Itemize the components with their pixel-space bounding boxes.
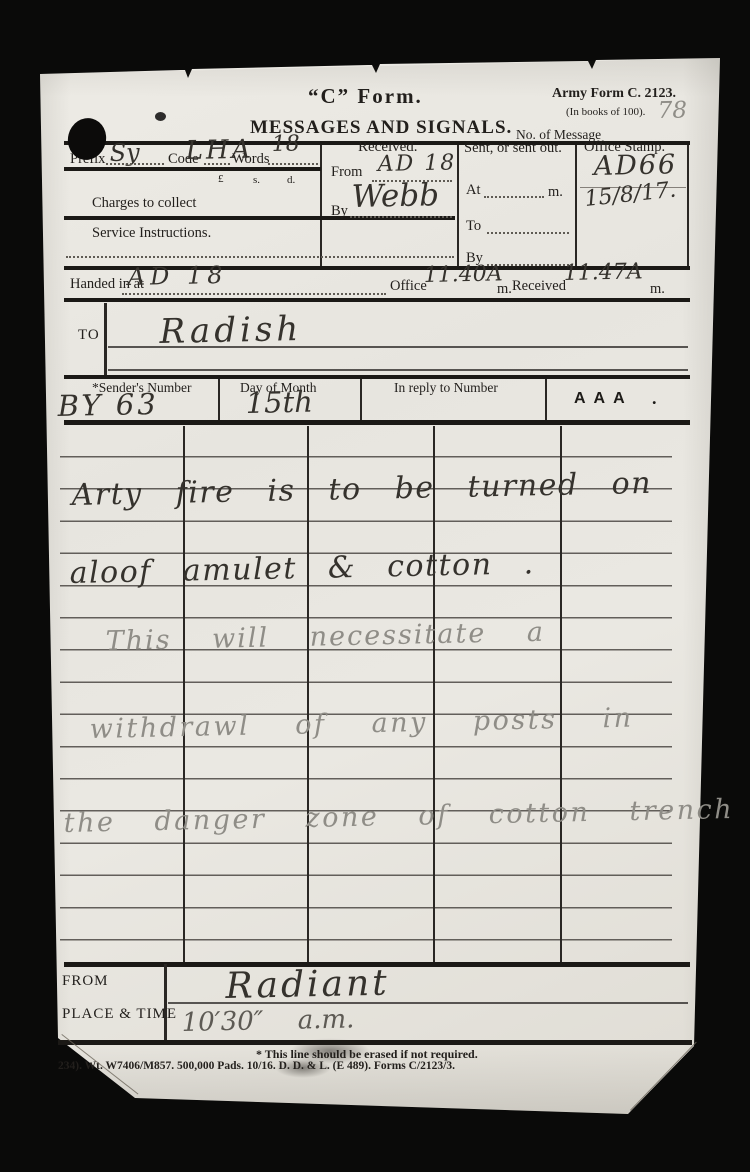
- to-line-2: [108, 369, 688, 371]
- imprint-line: 234). Wt. W7406/M857. 500,000 Pads. 10/1…: [58, 1060, 455, 1072]
- scanned-document-photo: “C” Form. Army Form C. 2123. (In books o…: [0, 0, 750, 1172]
- aaa-marker: AAA: [574, 390, 633, 408]
- body-column-3: [433, 426, 435, 962]
- prefix-dotted-line: [106, 163, 164, 165]
- from-value: Radiant: [225, 963, 390, 1007]
- sent-to-dotted: [487, 232, 569, 234]
- place-time-label: PLACE & TIME: [62, 1006, 177, 1023]
- pence-label: d.: [287, 174, 295, 186]
- aaa-period: .: [652, 388, 657, 409]
- divider-sent-stamp: [575, 145, 577, 268]
- to-divider: [104, 303, 107, 376]
- received-time-unit: m.: [650, 281, 665, 298]
- sender-divider-2: [360, 379, 362, 421]
- sent-title: Sent, or sent out.: [464, 140, 562, 157]
- received-time-value: 11.47A: [563, 259, 642, 286]
- handed-row-rule: [64, 298, 690, 302]
- words-value: 18: [271, 131, 300, 157]
- sent-at-label: At: [466, 182, 481, 199]
- body-column-4: [560, 426, 562, 962]
- place-time-value: 10′30″ a.m.: [181, 1004, 354, 1038]
- handed-in-dotted: [122, 293, 386, 295]
- to-label: TO: [78, 327, 100, 344]
- received-by-dotted: [350, 216, 452, 218]
- sent-at-dotted: [484, 196, 544, 198]
- service-dotted-line: [66, 256, 454, 258]
- office-stamp-code: AD66: [593, 149, 677, 182]
- message-number-handwritten: 78: [657, 97, 687, 124]
- received-by-value: Webb: [351, 177, 439, 215]
- shillings-label: s.: [253, 174, 260, 186]
- pounds-label: £: [218, 173, 224, 185]
- code-dotted-line: [204, 163, 230, 165]
- divider-received-sent: [457, 145, 459, 268]
- books-note: (In books of 100).: [566, 106, 645, 118]
- body-ruled-lines: [60, 456, 672, 942]
- sent-to-label: To: [466, 218, 481, 235]
- service-instructions-label: Service Instructions.: [92, 225, 211, 242]
- day-of-month-value: 15th: [245, 385, 313, 420]
- from-label: FROM: [62, 973, 109, 990]
- small-ink-fleck: [155, 112, 166, 121]
- handed-in-value: AD 18: [127, 261, 227, 291]
- footer-smudge-2: [275, 1058, 331, 1078]
- sender-bottom-rule: [64, 420, 690, 425]
- form-name: “C” Form.: [308, 84, 423, 109]
- charges-label: Charges to collect: [92, 195, 196, 212]
- senders-number-value: BY 63: [57, 387, 159, 423]
- stamp-right-border: [687, 145, 689, 268]
- received-time-label: Received: [512, 278, 566, 295]
- words-label: Words: [232, 151, 270, 168]
- office-time-label: Office: [390, 278, 427, 295]
- sender-divider-3: [545, 379, 547, 421]
- in-reply-label: In reply to Number: [394, 380, 498, 396]
- office-time-value: 11.40A: [423, 261, 502, 288]
- from-divider: [164, 964, 167, 1042]
- divider-left-received: [320, 145, 322, 268]
- office-time-unit: m.: [497, 281, 512, 298]
- prefix-row-rule: [64, 167, 321, 171]
- sender-divider-1: [218, 379, 220, 421]
- to-value: Radish: [159, 309, 302, 352]
- bottom-rule: [58, 1040, 692, 1045]
- received-from-value: AD 18: [377, 150, 456, 177]
- received-by-label: By: [331, 203, 348, 220]
- words-dotted-line: [268, 163, 318, 165]
- sent-at-unit: m.: [548, 184, 563, 201]
- to-bottom-rule: [64, 375, 690, 379]
